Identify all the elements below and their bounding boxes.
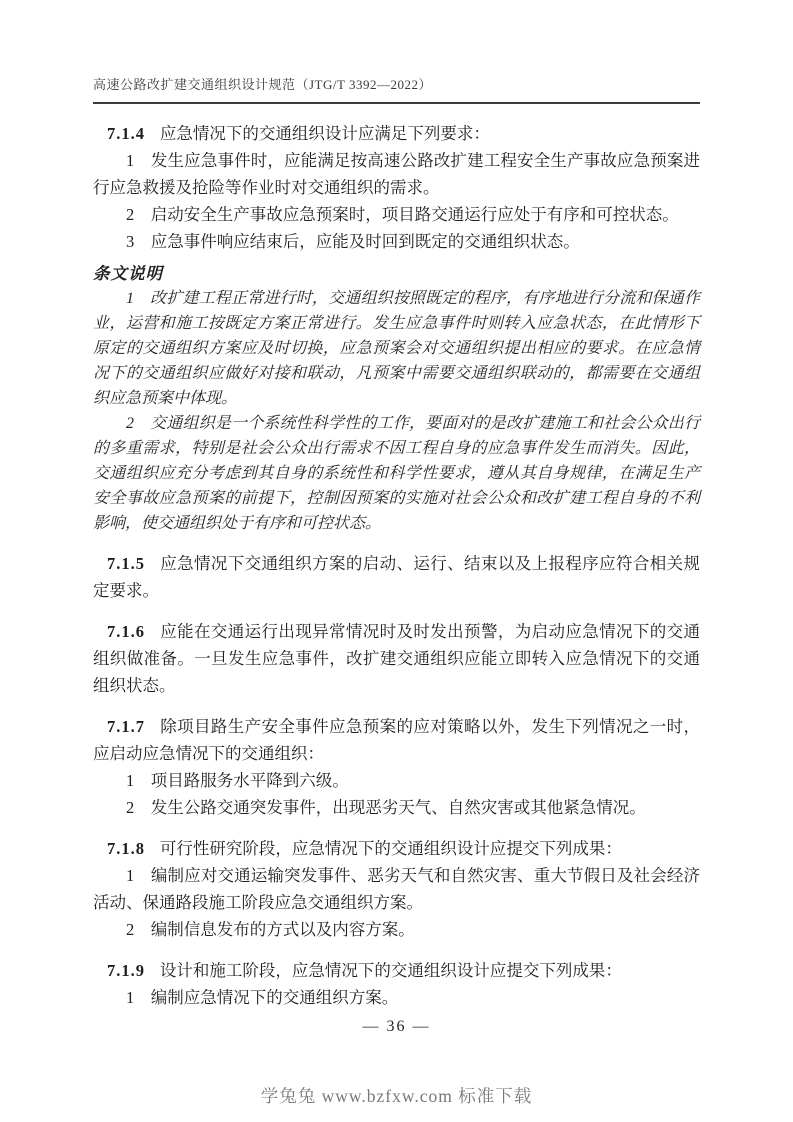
commentary-paragraph-2: 2交通组织是一个系统性科学性的工作，要面对的是改扩建施工和社会公众出行的多重需求… — [93, 411, 700, 536]
clause-715: 7.1.5应急情况下交通组织方案的启动、运行、结束以及上报程序应符合相关规定要求… — [93, 550, 700, 604]
item-number: 1 — [126, 771, 134, 790]
header-rule — [93, 102, 700, 104]
clause-717: 7.1.7除项目路生产安全事件应急预案的应对策略以外，发生下列情况之一时，应启动… — [93, 713, 700, 821]
clause-718-item-2: 2编制信息发布的方式以及内容方案。 — [93, 916, 700, 943]
clause-714-item-2: 2启动安全生产事故应急预案时，项目路交通运行应处于有序和可控状态。 — [93, 201, 700, 228]
clause-714-heading: 7.1.4应急情况下的交通组织设计应满足下列要求： — [93, 120, 700, 147]
item-number: 2 — [126, 798, 134, 817]
clause-715-text: 应急情况下交通组织方案的启动、运行、结束以及上报程序应符合相关规定要求。 — [93, 554, 700, 600]
clause-714-number: 7.1.4 — [107, 124, 145, 143]
clause-718: 7.1.8可行性研究阶段，应急情况下的交通组织设计应提交下列成果： 1编制应对交… — [93, 835, 700, 943]
paragraph-text: 交通组织是一个系统性科学性的工作，要面对的是改扩建施工和社会公众出行的多重需求，… — [93, 415, 700, 532]
clause-717-number: 7.1.7 — [107, 717, 145, 736]
item-text: 启动安全生产事故应急预案时，项目路交通运行应处于有序和可控状态。 — [151, 205, 679, 224]
clause-719-heading: 7.1.9设计和施工阶段，应急情况下的交通组织设计应提交下列成果： — [93, 957, 700, 984]
item-text: 项目路服务水平降到六级。 — [151, 771, 349, 790]
watermark: 学兔兔 www.bzfxw.com 标准下载 — [0, 1083, 793, 1108]
clause-719-number: 7.1.9 — [107, 961, 145, 980]
item-number: 1 — [126, 866, 134, 885]
clause-716: 7.1.6应能在交通运行出现异常情况时及时发出预警，为启动应急情况下的交通组织做… — [93, 618, 700, 699]
item-text: 编制应急情况下的交通组织方案。 — [151, 988, 399, 1007]
clause-719-text: 设计和施工阶段，应急情况下的交通组织设计应提交下列成果： — [160, 961, 622, 980]
clause-714-text: 应急情况下的交通组织设计应满足下列要求： — [160, 124, 490, 143]
clause-716-number: 7.1.6 — [107, 622, 145, 641]
paragraph-number: 2 — [126, 415, 134, 432]
item-text: 发生公路交通突发事件，出现恶劣天气、自然灾害或其他紧急情况。 — [151, 798, 646, 817]
clause-718-heading: 7.1.8可行性研究阶段，应急情况下的交通组织设计应提交下列成果： — [93, 835, 700, 862]
item-number: 1 — [126, 151, 134, 170]
clause-715-heading: 7.1.5应急情况下交通组织方案的启动、运行、结束以及上报程序应符合相关规定要求… — [93, 550, 700, 604]
commentary-heading: 条文说明 — [93, 261, 700, 286]
clause-717-heading: 7.1.7除项目路生产安全事件应急预案的应对策略以外，发生下列情况之一时，应启动… — [93, 713, 700, 767]
clause-716-text: 应能在交通运行出现异常情况时及时发出预警，为启动应急情况下的交通组织做准备。一旦… — [93, 622, 700, 695]
clause-714: 7.1.4应急情况下的交通组织设计应满足下列要求： 1发生应急事件时，应能满足按… — [93, 120, 700, 255]
item-text: 应急事件响应结束后，应能及时回到既定的交通组织状态。 — [151, 232, 580, 251]
item-number: 3 — [126, 232, 134, 251]
document-page: 高速公路改扩建交通组织设计规范（JTG/T 3392—2022） 7.1.4应急… — [0, 0, 793, 1122]
clause-719-item-1: 1编制应急情况下的交通组织方案。 — [93, 984, 700, 1011]
item-text: 编制应对交通运输突发事件、恶劣天气和自然灾害、重大节假日及社会经济活动、保通路段… — [93, 866, 700, 912]
clause-717-item-1: 1项目路服务水平降到六级。 — [93, 767, 700, 794]
clause-717-text: 除项目路生产安全事件应急预案的应对策略以外，发生下列情况之一时，应启动应急情况下… — [93, 717, 700, 763]
item-text: 发生应急事件时，应能满足按高速公路改扩建工程安全生产事故应急预案进行应急救援及抢… — [93, 151, 700, 197]
clause-718-item-1: 1编制应对交通运输突发事件、恶劣天气和自然灾害、重大节假日及社会经济活动、保通路… — [93, 862, 700, 916]
commentary-section: 条文说明 1改扩建工程正常进行时，交通组织按照既定的程序，有序地进行分流和保通作… — [93, 261, 700, 536]
clause-717-item-2: 2发生公路交通突发事件，出现恶劣天气、自然灾害或其他紧急情况。 — [93, 794, 700, 821]
clause-716-heading: 7.1.6应能在交通运行出现异常情况时及时发出预警，为启动应急情况下的交通组织做… — [93, 618, 700, 699]
clause-715-number: 7.1.5 — [107, 554, 145, 573]
paragraph-number: 1 — [126, 290, 134, 307]
commentary-paragraph-1: 1改扩建工程正常进行时，交通组织按照既定的程序，有序地进行分流和保通作业，运营和… — [93, 286, 700, 411]
clause-718-number: 7.1.8 — [107, 839, 145, 858]
clause-714-item-3: 3应急事件响应结束后，应能及时回到既定的交通组织状态。 — [93, 228, 700, 255]
item-number: 1 — [126, 988, 134, 1007]
item-number: 2 — [126, 920, 134, 939]
item-text: 编制信息发布的方式以及内容方案。 — [151, 920, 415, 939]
page-number: — 36 — — [93, 1013, 700, 1040]
clause-718-text: 可行性研究阶段，应急情况下的交通组织设计应提交下列成果： — [160, 839, 622, 858]
paragraph-text: 改扩建工程正常进行时，交通组织按照既定的程序，有序地进行分流和保通作业，运营和施… — [93, 290, 700, 407]
running-header: 高速公路改扩建交通组织设计规范（JTG/T 3392—2022） — [93, 0, 700, 94]
clause-714-item-1: 1发生应急事件时，应能满足按高速公路改扩建工程安全生产事故应急预案进行应急救援及… — [93, 147, 700, 201]
clause-719: 7.1.9设计和施工阶段，应急情况下的交通组织设计应提交下列成果： 1编制应急情… — [93, 957, 700, 1011]
item-number: 2 — [126, 205, 134, 224]
